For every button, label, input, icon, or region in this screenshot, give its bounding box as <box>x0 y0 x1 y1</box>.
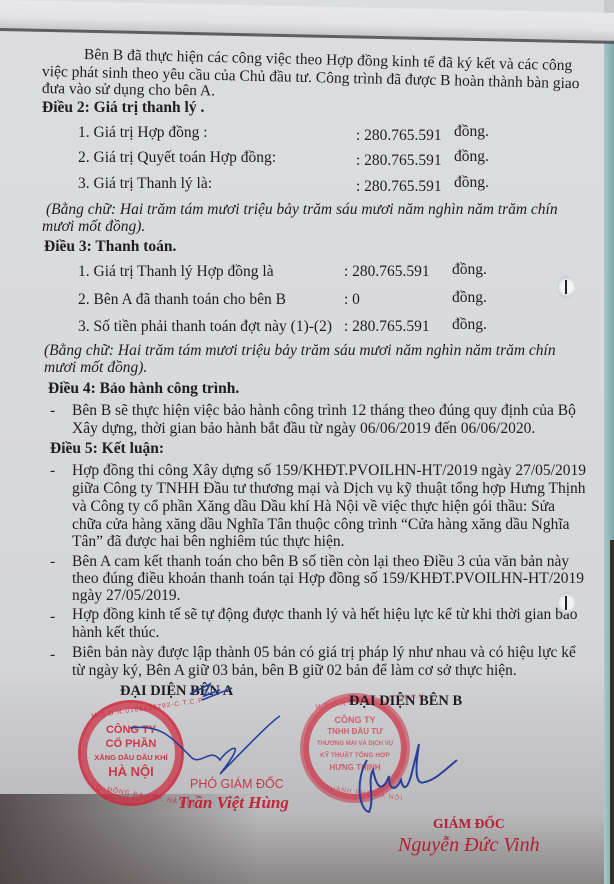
party-b-name: Nguyễn Đức Vinh <box>398 834 540 857</box>
article-3-item-label: 3. Số tiền phải thanh toán đợt này (1)-(… <box>78 318 332 335</box>
article-5-bullet-line: Hợp đồng thi công Xây dựng số 159/KHĐT.P… <box>72 462 586 479</box>
article-2-item-unit: đồng. <box>454 148 489 166</box>
article-2-item-label: 3. Giá trị Thanh lý là: <box>78 175 212 192</box>
article-5-bullet-line: theo đúng điều khoản thanh toán tại Hợp … <box>72 570 584 587</box>
article-5-bullet-line: ngày 27/05/2019. <box>72 587 181 604</box>
article-5-bullet-line: Hợp đồng kinh tế sẽ tự động được thanh l… <box>72 606 577 623</box>
party-a-signature <box>100 676 260 786</box>
article-5-title: Điều 5: Kết luận: <box>50 440 164 457</box>
article-3-item-label: 1. Giá trị Thanh lý Hợp đồng là <box>78 263 274 280</box>
article-5-bullet-line: Bên A cam kết thanh toán cho bên B số ti… <box>72 553 569 570</box>
article-3-item-label: 2. Bên A đã thanh toán cho bên B <box>78 291 286 308</box>
article-5-bullet-line: Biên bản này được lập thành 05 bản có gi… <box>72 644 576 661</box>
document-content: Bên B đã thực hiện các công việc theo Hợ… <box>0 0 604 884</box>
background-edge <box>610 540 614 884</box>
article-3-item-unit: đồng. <box>452 289 487 307</box>
article-3-item-value: : 280.765.591 <box>344 318 430 336</box>
article-2-item-unit: đồng. <box>454 123 489 141</box>
article-2-words-line-1: (Bằng chữ: Hai trăm tám mươi triệu bảy t… <box>46 201 558 218</box>
article-5-bullet-line: chữa cửa hàng xăng dầu Nghĩa Tân thuộc c… <box>72 516 570 533</box>
article-2-item-value: : 280.765.591 <box>356 152 442 170</box>
party-b-heading: ĐẠI DIỆN BÊN B <box>349 693 462 710</box>
article-4-bullet-line: Xây dựng, thời gian bảo hành bắt đầu từ … <box>72 420 535 437</box>
intro-line-3: đưa vào sử dụng cho bên A. <box>42 80 215 99</box>
article-3-words-line-2: mươi mốt đồng). <box>44 359 147 376</box>
article-3-words-line-1: (Bằng chữ: Hai trăm tám mươi triệu bảy t… <box>44 342 556 359</box>
article-5-bullet-line: giữa Công ty TNHH Đầu tư thương mại và D… <box>72 480 586 497</box>
article-2-item-label: 2. Giá trị Quyết toán Hợp đồng: <box>78 149 276 166</box>
article-3-item-unit: đồng. <box>452 316 487 334</box>
article-3-title: Điều 3: Thanh toán. <box>44 238 176 255</box>
article-2-title: Điều 2: Giá trị thanh lý . <box>42 99 204 116</box>
article-5-bullet-line: và Công ty cổ phần Xăng dầu Dầu khí Hà N… <box>72 498 555 515</box>
party-b-role: GIÁM ĐỐC <box>433 816 505 832</box>
article-4-title: Điều 4: Bảo hành công trình. <box>48 380 239 397</box>
article-3-item-unit: đồng. <box>452 261 487 279</box>
article-5-bullet-line: hành kết thúc. <box>72 624 159 641</box>
article-2-item-value: : 280.765.591 <box>356 178 442 196</box>
article-3-item-value: : 280.765.591 <box>344 263 430 281</box>
article-2-item-unit: đồng. <box>454 174 489 192</box>
bullet-dash: - <box>50 402 55 420</box>
party-a-role: PHÓ GIÁM ĐỐC <box>190 777 284 791</box>
article-2-item-value: : 280.765.591 <box>356 127 442 145</box>
article-4-bullet-line: Bên B sẽ thực hiện việc bảo hành công tr… <box>72 402 576 419</box>
article-2-item-label: 1. Giá trị Hợp đồng : <box>78 124 208 141</box>
party-a-name: Trần Việt Hùng <box>178 793 289 813</box>
bullet-dash: - <box>50 553 55 571</box>
article-2-words-line-2: mươi mốt đồng). <box>42 218 145 235</box>
bullet-dash: - <box>50 646 55 664</box>
article-3-item-value: : 0 <box>344 291 360 309</box>
punch-hole <box>557 592 575 614</box>
party-b-signature <box>345 740 475 820</box>
bullet-dash: - <box>50 608 55 626</box>
bullet-dash: - <box>50 462 55 480</box>
article-5-bullet-line: Tân” đã được hai bên nghiêm túc thực hiệ… <box>72 533 344 550</box>
punch-hole <box>557 276 575 298</box>
